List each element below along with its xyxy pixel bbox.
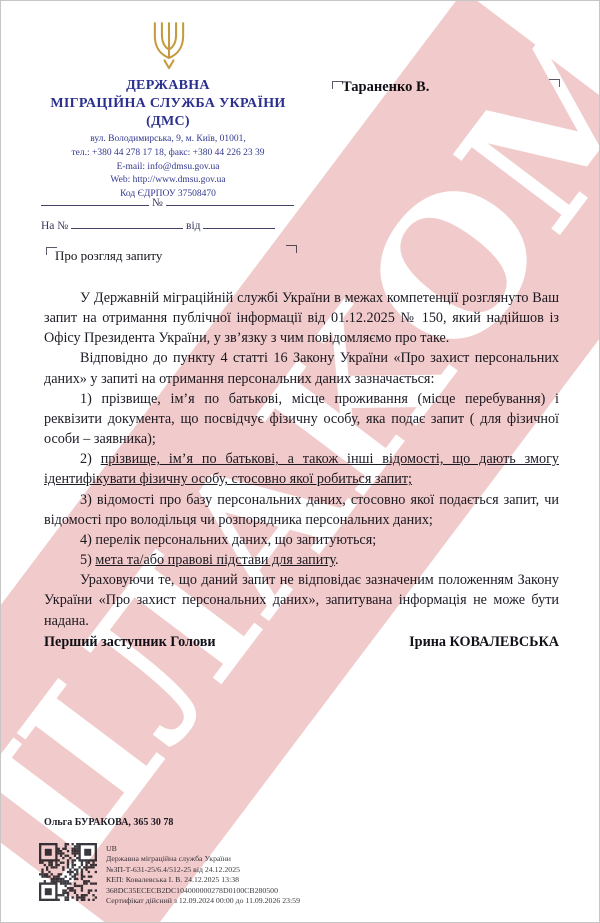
esignature-line: КЕП: Ковалевська І. В. 24.12.2025 13:38 <box>106 875 300 885</box>
body-paragraph: Ураховуючи те, що даний запит не відпові… <box>44 570 559 630</box>
body-paragraph: 5) мета та/або правові підстави для запи… <box>44 550 559 570</box>
reply-to-label: На № <box>41 220 68 232</box>
corner-mark <box>549 79 560 87</box>
contact-line: Web: http://www.dmsu.gov.ua <box>13 174 323 188</box>
signature-block: Перший заступник Голови Ірина КОВАЛЕВСЬК… <box>44 634 559 651</box>
esignature-stamp: UBДержавна міграційна служба України№ЗП-… <box>39 843 300 907</box>
outgoing-number-row: № <box>41 195 341 209</box>
esignature-details: UBДержавна міграційна служба України№ЗП-… <box>106 843 300 907</box>
org-name: ДЕРЖАВНА МІГРАЦІЙНА СЛУЖБА УКРАЇНИ (ДМС) <box>13 77 323 131</box>
signer-name: Ірина КОВАЛЕВСЬКА <box>409 634 559 651</box>
outgoing-date-blank <box>41 195 149 206</box>
letter-body: У Державній міграційній службі України в… <box>44 288 559 631</box>
org-name-line3: (ДМС) <box>13 113 323 131</box>
esignature-line: 368DC35ECECB2DC104000000278D0100CB280500 <box>106 886 300 896</box>
body-paragraph: 4) перелік персональних даних, що запиту… <box>44 530 559 550</box>
org-name-line2: МІГРАЦІЙНА СЛУЖБА УКРАЇНИ <box>13 95 323 113</box>
subject-line: Про розгляд запиту <box>55 248 162 264</box>
org-contacts: вул. Володимирська, 9, м. Київ, 01001,те… <box>13 133 323 202</box>
incoming-number-row: На № від <box>41 218 341 232</box>
addressee-name: Тараненко В. <box>342 79 429 96</box>
from-date-label: від <box>186 220 200 232</box>
esignature-line: №ЗП-Т-631-25/6.4/512-25 від 24.12.2025 <box>106 865 300 875</box>
esignature-line: Сертифікат дійсний з 12.09.2024 00:00 до… <box>106 896 300 906</box>
number-sign-label: № <box>152 197 163 209</box>
body-paragraph: 2) прізвище, ім’я по батькові, а також і… <box>44 449 559 489</box>
reference-block: № На № від <box>41 195 341 241</box>
contact-line: E-mail: info@dmsu.gov.ua <box>13 161 323 175</box>
contact-line: тел.: +380 44 278 17 18, факс: +380 44 2… <box>13 147 323 161</box>
outgoing-number-blank <box>166 195 294 206</box>
incoming-number-blank <box>71 218 183 229</box>
corner-mark <box>286 245 297 253</box>
incoming-date-blank <box>203 218 275 229</box>
document-page: ШЛАКОМ ДЕРЖАВНА МІГРАЦІЙНА СЛУЖБА УКРАЇН… <box>0 0 600 923</box>
esignature-line: Державна міграційна служба України <box>106 854 300 864</box>
contact-line: вул. Володимирська, 9, м. Київ, 01001, <box>13 133 323 147</box>
esignature-line: UB <box>106 844 300 854</box>
body-paragraph: 1) прізвище, ім’я по батькові, місце про… <box>44 389 559 449</box>
body-paragraph: 3) відомості про базу персональних даних… <box>44 490 559 530</box>
body-paragraph: Відповідно до пункту 4 статті 16 Закону … <box>44 348 559 388</box>
qr-code <box>39 843 97 901</box>
executor-line: Ольга БУРАКОВА, 365 30 78 <box>44 817 173 828</box>
trident-emblem-icon <box>142 18 196 72</box>
signer-position: Перший заступник Голови <box>44 634 216 651</box>
body-paragraph: У Державній міграційній службі України в… <box>44 288 559 348</box>
org-name-line1: ДЕРЖАВНА <box>13 77 323 95</box>
